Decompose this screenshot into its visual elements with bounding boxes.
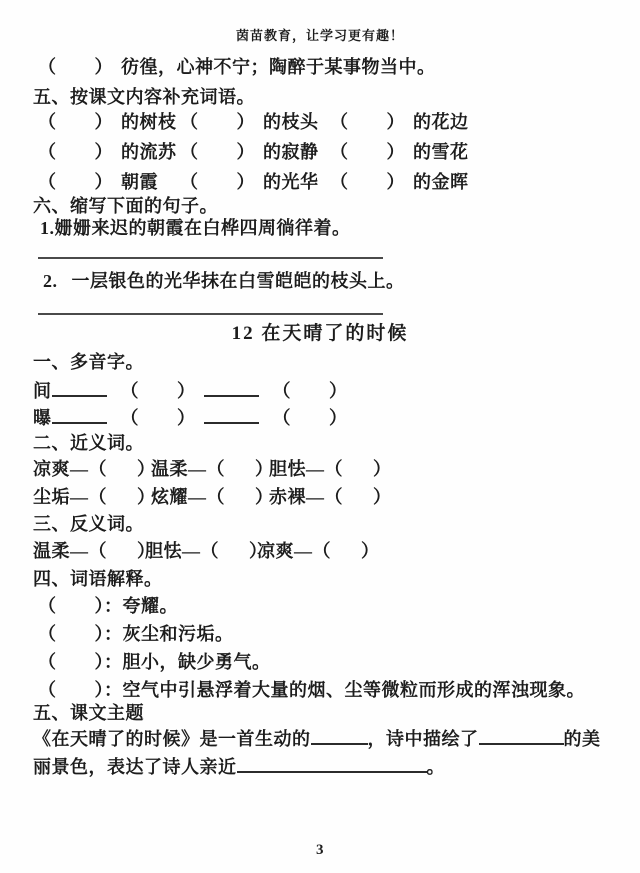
page-header: 茵苗教育，让学习更有趣！	[0, 26, 640, 46]
open-paren: （	[325, 487, 344, 507]
open-paren: （	[273, 381, 292, 401]
open-paren: （	[121, 408, 140, 428]
lesson-title-text: 12 在天晴了的时候	[232, 323, 409, 344]
definition-row: （）：空气中引悬浮着大量的烟、尘等微粒而形成的浑浊现象。	[38, 680, 585, 700]
word: 温柔	[33, 541, 70, 561]
colon: ：	[104, 596, 123, 616]
section-definition-title: 四、词语解释。	[33, 569, 163, 589]
theme-text: 《在天晴了的时候》是一首生动的	[33, 729, 311, 749]
antonym-item: 凉爽—（）	[257, 541, 380, 561]
colon: ：	[104, 652, 123, 672]
paraphrase-line: （）彷徨，心神不宁；陶醉于某事物当中。	[38, 57, 436, 77]
open-paren: （	[330, 142, 349, 162]
close-paren: ）	[177, 408, 196, 428]
fill-item: （）朝霞	[38, 172, 180, 192]
page-number: 3	[0, 840, 640, 860]
open-paren: （	[89, 459, 108, 479]
word: 胆怯	[145, 541, 182, 561]
antonym-row: 温柔—（）胆怯—（）凉爽—（）	[33, 541, 380, 561]
close-paren: ）	[329, 408, 348, 428]
close-paren: ）	[95, 112, 114, 132]
open-paren: （	[201, 541, 220, 561]
section-polyphonic-title: 一、多音字。	[33, 352, 144, 372]
word: 赤裸	[269, 487, 306, 507]
open-paren: （	[273, 408, 292, 428]
theme-blank	[237, 754, 427, 773]
close-paren: ）	[95, 652, 105, 672]
close-paren: ）	[95, 624, 105, 644]
dash: —	[188, 459, 207, 479]
synonym-item: 赤裸—（）	[269, 487, 392, 507]
close-paren: ）	[95, 172, 114, 192]
open-paren: （	[180, 142, 199, 162]
definition-row: （）：夸耀。	[38, 596, 178, 616]
section-synonym-title: 二、近义词。	[33, 433, 144, 453]
fill-label: 的雪花	[413, 142, 469, 162]
word: 温柔	[151, 459, 188, 479]
close-paren: ）	[95, 57, 114, 77]
section-title-text: 四、词语解释。	[33, 569, 163, 589]
word: 尘垢	[33, 487, 70, 507]
section-title-text: 六、缩写下面的句子。	[33, 196, 218, 216]
colon: ：	[104, 680, 123, 700]
fill-label: 的枝头	[263, 112, 319, 132]
sentence-1: 1.姗姗来迟的朝霞在白桦四周徜徉着。	[40, 218, 351, 238]
close-paren: ）	[95, 596, 105, 616]
fill-label: 的花边	[413, 112, 469, 132]
open-paren: （	[38, 680, 57, 700]
dash: —	[182, 541, 201, 561]
open-paren: （	[325, 459, 344, 479]
worksheet-page: 茵苗教育，让学习更有趣！ （）彷徨，心神不宁；陶醉于某事物当中。 五、按课文内容…	[0, 0, 640, 873]
close-paren: ）	[361, 541, 380, 561]
header-text: 茵苗教育，让学习更有趣！	[236, 28, 404, 43]
close-paren: ）	[387, 172, 406, 192]
theme-text: 丽景色，表达了诗人亲近	[33, 757, 237, 777]
theme-blank	[311, 726, 368, 745]
word: 炫耀	[151, 487, 188, 507]
open-paren: （	[89, 541, 108, 561]
page-number-text: 3	[316, 842, 324, 858]
close-paren: ）	[387, 112, 406, 132]
close-paren: ）	[373, 487, 392, 507]
section-title-text: 三、反义词。	[33, 514, 144, 534]
theme-line-2: 丽景色，表达了诗人亲近。	[33, 754, 445, 777]
sentence-number: 1.	[40, 218, 55, 238]
dash: —	[306, 459, 325, 479]
theme-text: ，诗中描绘了	[368, 729, 479, 749]
word: 胆怯	[269, 459, 306, 479]
open-paren: （	[38, 112, 57, 132]
dash: —	[306, 487, 325, 507]
open-paren: （	[38, 652, 57, 672]
theme-text: 。	[427, 757, 446, 777]
close-paren: ）	[177, 381, 196, 401]
section-title-text: 五、按课文内容补充词语。	[33, 87, 255, 107]
open-paren: （	[89, 487, 108, 507]
fill-item: （）的光华	[180, 172, 330, 192]
theme-blank	[479, 726, 564, 745]
fill-label: 的流苏	[121, 142, 177, 162]
open-paren: （	[38, 596, 57, 616]
open-paren: （	[121, 381, 140, 401]
definition-text: 夸耀。	[123, 596, 179, 616]
synonym-item: 尘垢—（）	[33, 487, 151, 507]
fill-item: （）的树枝	[38, 112, 180, 132]
fill-item: （）的流苏	[38, 142, 180, 162]
theme-line-1: 《在天晴了的时候》是一首生动的，诗中描绘了的美	[33, 726, 601, 749]
pinyin-blank	[52, 378, 107, 397]
definition-text: 空气中引悬浮着大量的烟、尘等微粒而形成的浑浊现象。	[123, 680, 586, 700]
synonym-item: 温柔—（）	[151, 459, 269, 479]
fill-item: （）的枝头	[180, 112, 330, 132]
section-shrink-title: 六、缩写下面的句子。	[33, 196, 218, 216]
theme-text: 的美	[564, 729, 601, 749]
close-paren: ）	[237, 172, 256, 192]
colon: ：	[104, 624, 123, 644]
open-paren: （	[207, 459, 226, 479]
section-antonym-title: 三、反义词。	[33, 514, 144, 534]
section-title-text: 一、多音字。	[33, 352, 144, 372]
open-paren: （	[313, 541, 332, 561]
dash: —	[294, 541, 313, 561]
open-paren: （	[180, 112, 199, 132]
fill-label: 的光华	[263, 172, 319, 192]
antonym-item: 胆怯—（）	[145, 541, 257, 561]
close-paren: ）	[95, 680, 105, 700]
synonym-item: 凉爽—（）	[33, 459, 151, 479]
sentence-number: 2.	[43, 271, 58, 291]
pinyin-blank	[204, 378, 259, 397]
fill-item: （）的花边	[330, 112, 469, 132]
polyphonic-char: 曝	[33, 408, 52, 428]
polyphonic-char: 间	[33, 381, 52, 401]
dash: —	[188, 487, 207, 507]
fill-row: （）朝霞（）的光华（）的金晖	[38, 172, 469, 192]
fill-item: （）的金晖	[330, 172, 469, 192]
definition-text: 灰尘和污垢。	[123, 624, 234, 644]
word: 凉爽	[33, 459, 70, 479]
close-paren: ）	[373, 459, 392, 479]
section-title-text: 二、近义词。	[33, 433, 144, 453]
open-paren: （	[38, 142, 57, 162]
antonym-item: 温柔—（）	[33, 541, 145, 561]
fill-label: 的寂静	[263, 142, 319, 162]
close-paren: ）	[237, 142, 256, 162]
close-paren: ）	[95, 142, 114, 162]
open-paren: （	[38, 57, 57, 77]
polyphonic-row: 曝（）（）	[33, 405, 348, 428]
pinyin-blank	[52, 405, 107, 424]
fill-label: 朝霞	[121, 172, 158, 192]
fill-item: （）的雪花	[330, 142, 469, 162]
open-paren: （	[330, 112, 349, 132]
dash: —	[70, 459, 89, 479]
close-paren: ）	[387, 142, 406, 162]
synonym-item: 炫耀—（）	[151, 487, 269, 507]
paraphrase-text: 彷徨，心神不宁；陶醉于某事物当中。	[121, 57, 436, 77]
definition-text: 胆小，缺少勇气。	[123, 652, 271, 672]
fill-item: （）的寂静	[180, 142, 330, 162]
section-theme-title: 五、课文主题	[33, 703, 144, 723]
open-paren: （	[207, 487, 226, 507]
fill-row: （）的树枝（）的枝头（）的花边	[38, 112, 469, 132]
dash: —	[70, 541, 89, 561]
dash: —	[70, 487, 89, 507]
word: 凉爽	[257, 541, 294, 561]
section-fill-title: 五、按课文内容补充词语。	[33, 87, 255, 107]
definition-row: （）：灰尘和污垢。	[38, 624, 234, 644]
lesson-title: 12 在天晴了的时候	[0, 324, 640, 344]
synonym-row: 凉爽—（）温柔—（）胆怯—（）	[33, 459, 392, 479]
pinyin-blank	[204, 405, 259, 424]
answer-line	[38, 313, 383, 315]
polyphonic-row: 间（）（）	[33, 378, 348, 401]
fill-label: 的树枝	[121, 112, 177, 132]
synonym-row: 尘垢—（）炫耀—（）赤裸—（）	[33, 487, 392, 507]
open-paren: （	[180, 172, 199, 192]
open-paren: （	[38, 172, 57, 192]
fill-label: 的金晖	[413, 172, 469, 192]
open-paren: （	[330, 172, 349, 192]
open-paren: （	[38, 624, 57, 644]
sentence-text: 一层银色的光华抹在白雪皑皑的枝头上。	[72, 271, 405, 291]
section-title-text: 五、课文主题	[33, 703, 144, 723]
definition-row: （）：胆小，缺少勇气。	[38, 652, 271, 672]
close-paren: ）	[329, 381, 348, 401]
sentence-text: 姗姗来迟的朝霞在白桦四周徜徉着。	[55, 218, 351, 238]
synonym-item: 胆怯—（）	[269, 459, 392, 479]
answer-line	[38, 257, 383, 259]
sentence-2: 2.一层银色的光华抹在白雪皑皑的枝头上。	[43, 271, 405, 291]
fill-row: （）的流苏（）的寂静（）的雪花	[38, 142, 469, 162]
close-paren: ）	[237, 112, 256, 132]
